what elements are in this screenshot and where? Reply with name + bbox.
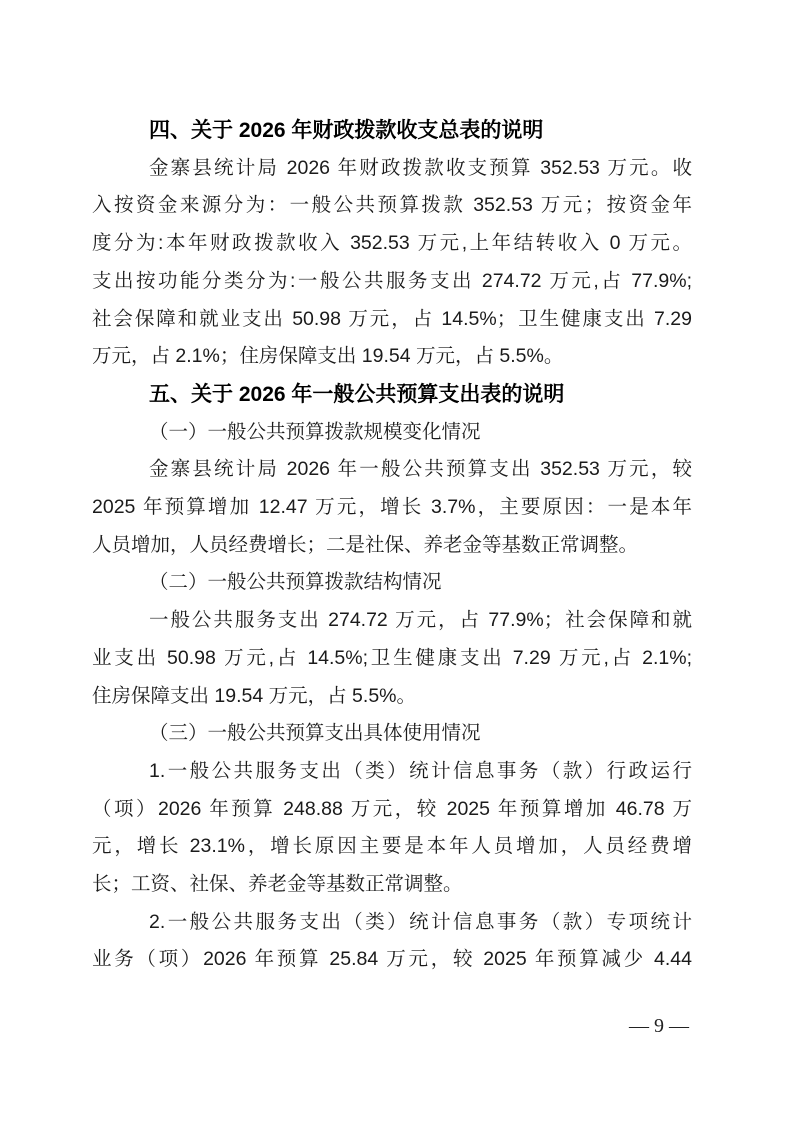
text-line: 社会保障和就业支出 50.98 万元，占 14.5%；卫生健康支出 7.29 — [92, 301, 692, 339]
text-line: 2.一般公共服务支出（类）统计信息事务（款）专项统计 — [92, 904, 692, 942]
text-line: 元，增长 23.1%，增长原因主要是本年人员增加，人员经费增 — [92, 828, 692, 866]
paragraph-item-1-administrative-operation: 1.一般公共服务支出（类）统计信息事务（款）行政运行 （项）2026 年预算 2… — [92, 753, 692, 904]
text-line: 万元，占 2.1%；住房保障支出 19.54 万元，占 5.5%。 — [92, 338, 692, 376]
paragraph-fiscal-appropriation-summary: 金寨县统计局 2026 年财政拨款收支预算 352.53 万元。收 入按资金来源… — [92, 150, 692, 376]
page-footer: — 9 — — [629, 1012, 689, 1040]
text-line: 1.一般公共服务支出（类）统计信息事务（款）行政运行 — [92, 753, 692, 791]
paragraph-budget-scale-change: 金寨县统计局 2026 年一般公共预算支出 352.53 万元，较 2025 年… — [92, 451, 692, 564]
text-line: 业支出 50.98 万元,占 14.5%;卫生健康支出 7.29 万元,占 2.… — [92, 640, 692, 678]
text-line: 2025 年预算增加 12.47 万元，增长 3.7%，主要原因：一是本年 — [92, 489, 692, 527]
subsection-3-heading: （三）一般公共预算支出具体使用情况 — [92, 715, 692, 753]
document-body: 四、关于 2026 年财政拨款收支总表的说明 金寨县统计局 2026 年财政拨款… — [92, 112, 692, 979]
text-line: 一般公共服务支出 274.72 万元，占 77.9%；社会保障和就 — [92, 602, 692, 640]
document-page: 四、关于 2026 年财政拨款收支总表的说明 金寨县统计局 2026 年财政拨款… — [0, 0, 793, 1122]
text-line: 入按资金来源分为：一般公共预算拨款 352.53 万元；按资金年 — [92, 187, 692, 225]
text-line: 支出按功能分类分为:一般公共服务支出 274.72 万元,占 77.9%; — [92, 263, 692, 301]
paragraph-budget-structure: 一般公共服务支出 274.72 万元，占 77.9%；社会保障和就 业支出 50… — [92, 602, 692, 715]
text-line: 度分为:本年财政拨款收入 352.53 万元,上年结转收入 0 万元。 — [92, 225, 692, 263]
text-line: 人员增加，人员经费增长；二是社保、养老金等基数正常调整。 — [92, 527, 692, 565]
subsection-1-heading: （一）一般公共预算拨款规模变化情况 — [92, 414, 692, 452]
text-line: 金寨县统计局 2026 年一般公共预算支出 352.53 万元，较 — [92, 451, 692, 489]
text-line: （项）2026 年预算 248.88 万元，较 2025 年预算增加 46.78… — [92, 791, 692, 829]
subsection-2-heading: （二）一般公共预算拨款结构情况 — [92, 564, 692, 602]
section-5-heading: 五、关于 2026 年一般公共预算支出表的说明 — [92, 376, 692, 414]
text-line: 住房保障支出 19.54 万元，占 5.5%。 — [92, 678, 692, 716]
paragraph-item-2-special-statistics: 2.一般公共服务支出（类）统计信息事务（款）专项统计 业务（项）2026 年预算… — [92, 904, 692, 979]
text-line: 金寨县统计局 2026 年财政拨款收支预算 352.53 万元。收 — [92, 150, 692, 188]
text-line: 业务（项）2026 年预算 25.84 万元，较 2025 年预算减少 4.44 — [92, 941, 692, 979]
text-line: 长；工资、社保、养老金等基数正常调整。 — [92, 866, 692, 904]
page-number: — 9 — — [629, 1015, 689, 1037]
section-4-heading: 四、关于 2026 年财政拨款收支总表的说明 — [92, 112, 692, 150]
